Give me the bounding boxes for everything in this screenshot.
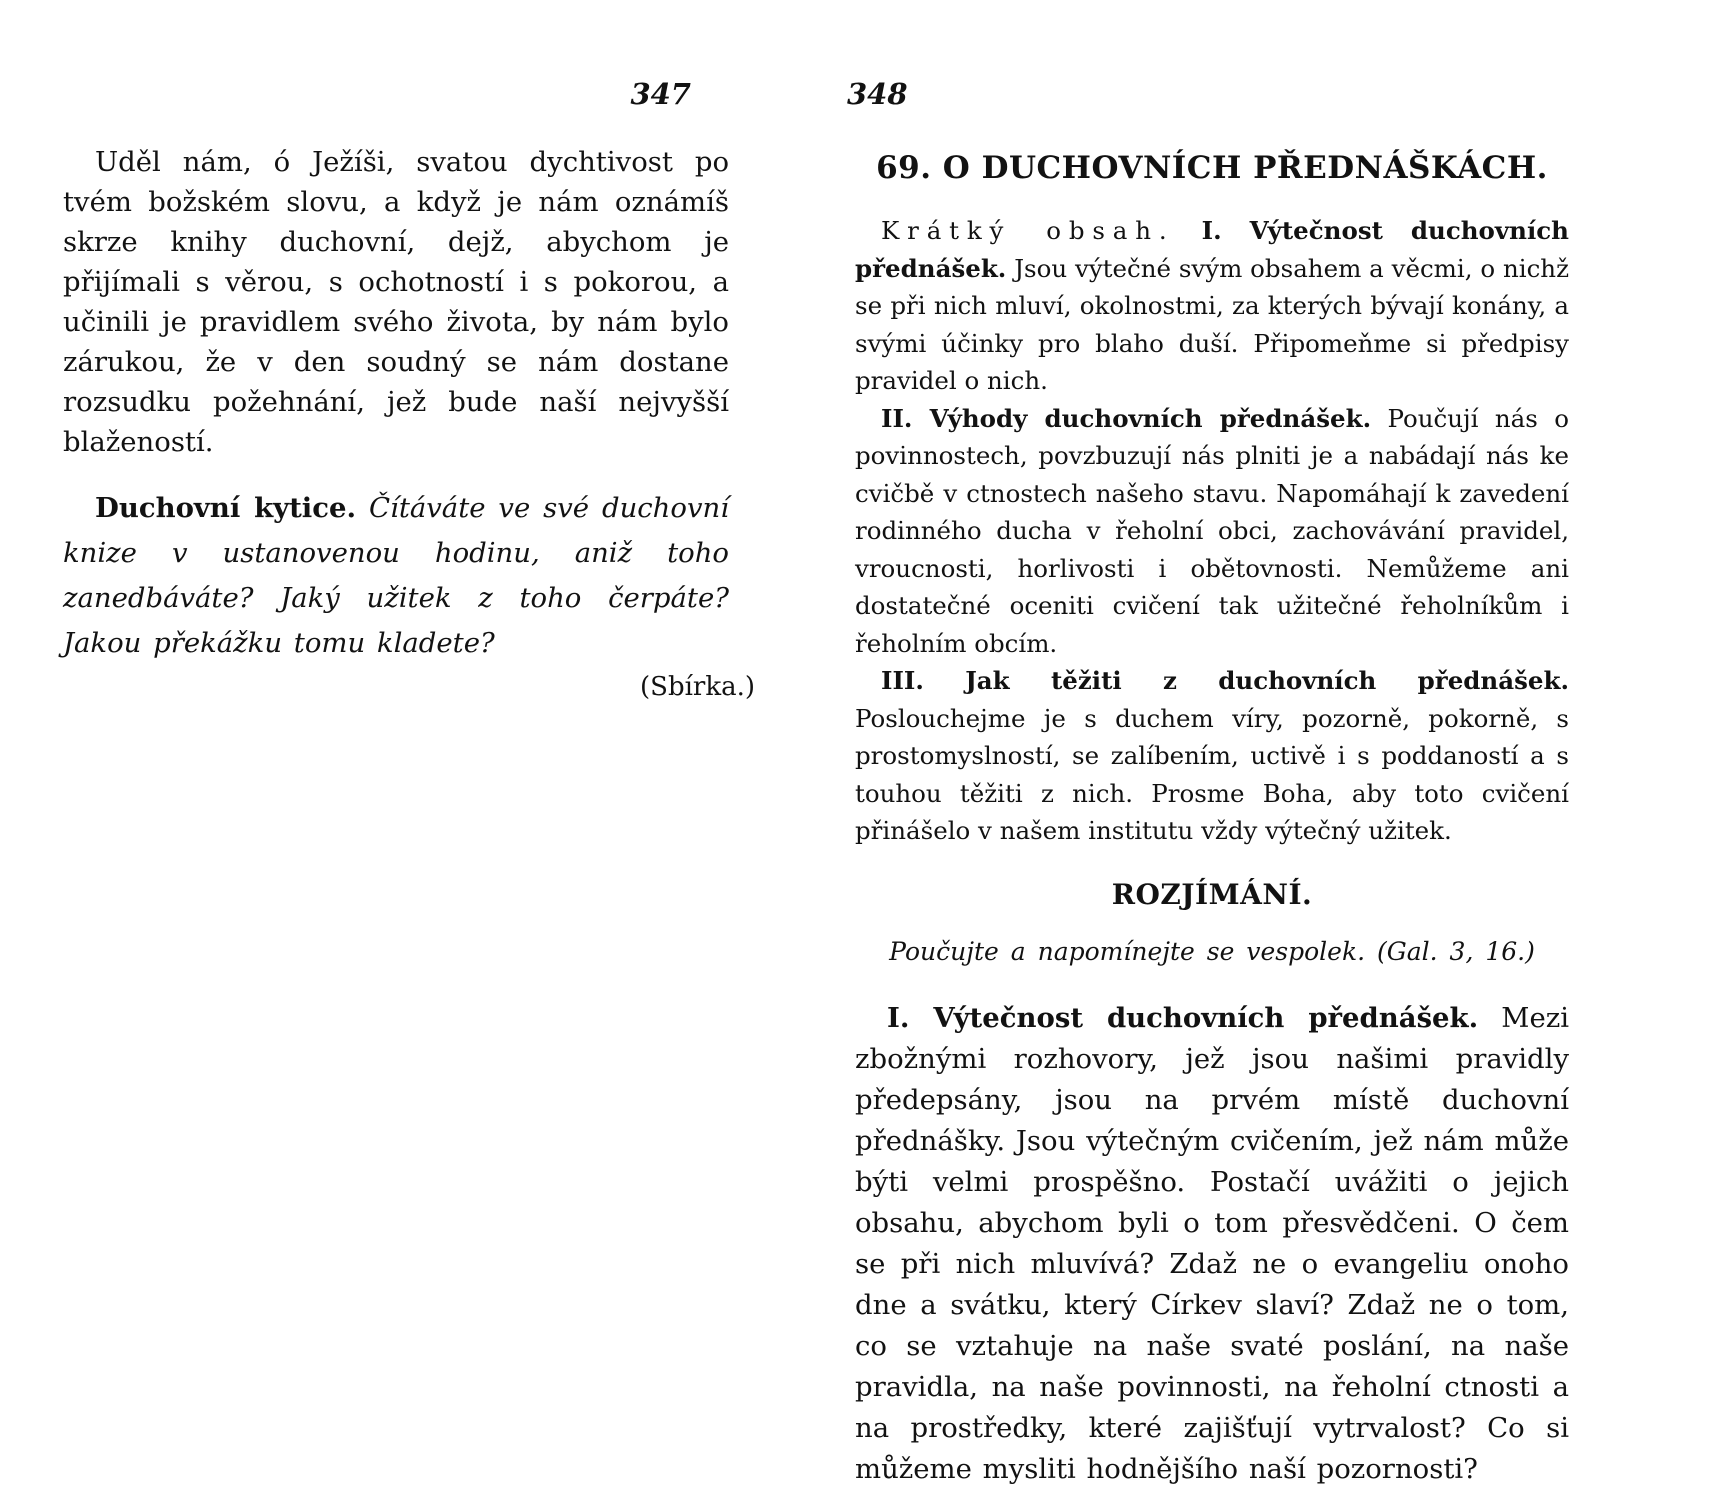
summary-label: Krátký obsah. — [881, 216, 1174, 245]
verse-reference: (Gal. 3, 16.) — [1377, 937, 1535, 966]
summary-point-3-lead: III. Jak těžiti z duchovních přednášek. — [881, 666, 1569, 695]
scripture-verse: Poučujte a napomínejte se vespolek. (Gal… — [855, 937, 1569, 966]
prayer-paragraph: Uděl nám, ó Ježíši, svatou dychtivost po… — [63, 142, 729, 462]
chapter-heading: 69. O DUCHOVNÍCH PŘEDNÁŠKÁCH. — [855, 150, 1569, 186]
summary-paragraph-2: II. Výhody duchovních přednášek. Poučují… — [855, 400, 1569, 663]
summary-point-3-text: Poslouchejme je s duchem víry, pozorně, … — [855, 704, 1569, 846]
verse-text: Poučujte a napomínejte se vespolek. — [889, 937, 1365, 966]
page-number-left: 347 — [63, 78, 729, 110]
summary-paragraph-1: Krátký obsah. I. Výtečnost duchovních př… — [855, 212, 1569, 400]
summary-paragraph-3: III. Jak těžiti z duchovních přednášek. … — [855, 662, 1569, 850]
left-page: 347 Uděl nám, ó Ježíši, svatou dychtivos… — [63, 0, 729, 702]
summary-point-2-text: Poučují nás o povinnostech, povzbuzují n… — [855, 404, 1569, 658]
bouquet-paragraph: Duchovní kytice. Čítáváte ve své duchovn… — [63, 486, 729, 666]
source-attribution: (Sbírka.) — [63, 672, 755, 702]
page-number-right: 348 — [847, 78, 1569, 110]
meditation-point-lead: I. Výtečnost duchovních přednášek. — [887, 1002, 1478, 1034]
meditation-heading: ROZJÍMÁNÍ. — [855, 878, 1569, 911]
bouquet-heading: Duchovní kytice. — [95, 492, 356, 524]
summary-point-2-lead: II. Výhody duchovních přednášek. — [881, 404, 1371, 433]
meditation-point-text: Mezi zbožnými rozhovory, jež jsou našimi… — [855, 1002, 1569, 1485]
meditation-paragraph: I. Výtečnost duchovních přednášek. Mezi … — [855, 998, 1569, 1490]
book-scan: { "left_page": { "page_number": "347", "… — [0, 0, 1716, 1500]
right-page: 348 69. O DUCHOVNÍCH PŘEDNÁŠKÁCH. Krátký… — [855, 0, 1569, 1490]
